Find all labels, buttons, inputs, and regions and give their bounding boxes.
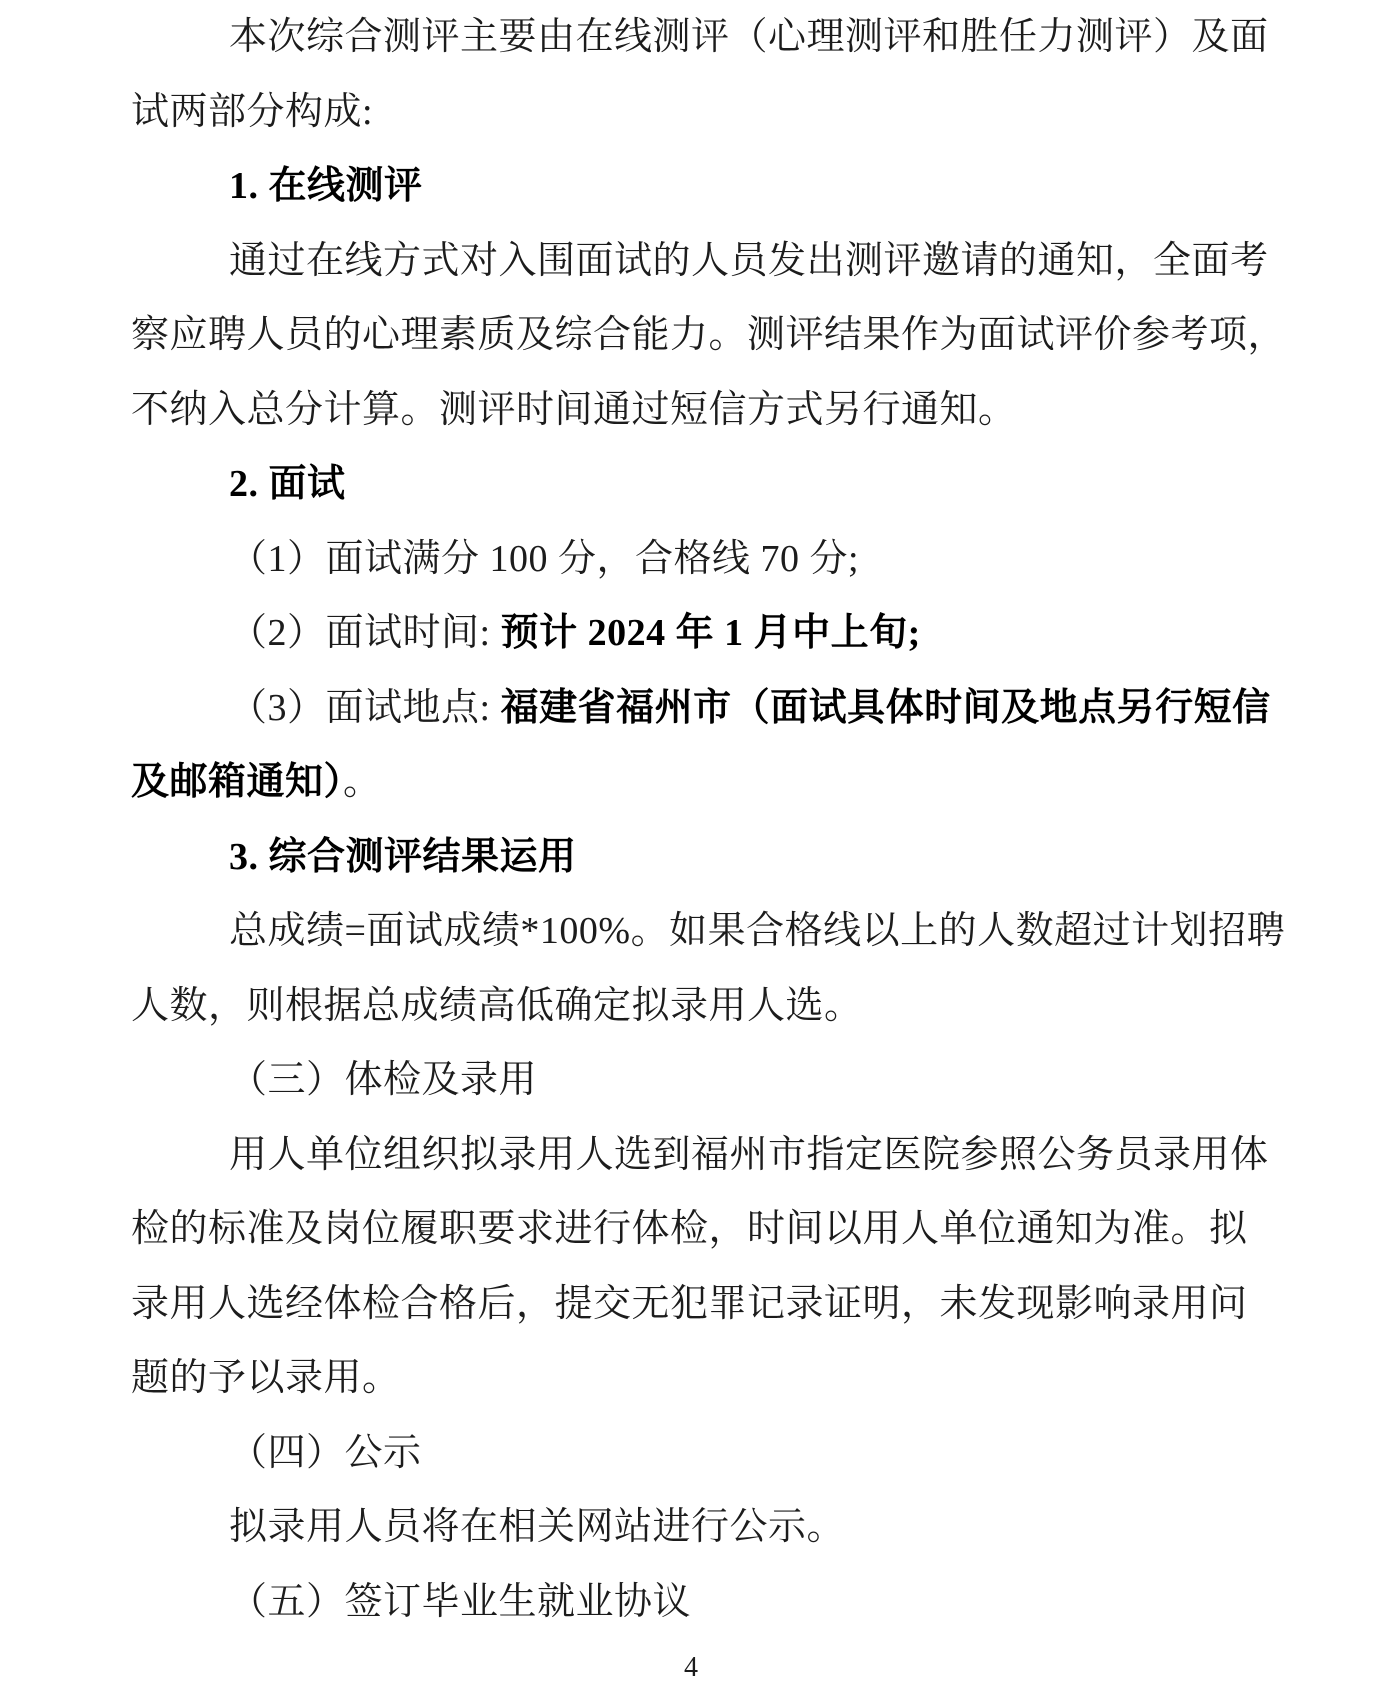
document-line: 题的予以录用。 [131, 1341, 1271, 1416]
text-segment: 总成绩=面试成绩*100%。如果合格线以上的人数超过计划招聘 [229, 910, 1285, 952]
text-segment: 检的标准及岗位履职要求进行体检，时间以用人单位通知为准。拟 [131, 1208, 1248, 1250]
text-segment: 试两部分构成: [131, 91, 373, 133]
text-segment: （3）面试地点: [229, 687, 501, 729]
bold-text-segment: 3. 综合测评结果运用 [229, 836, 577, 878]
text-segment: （五）签订毕业生就业协议 [229, 1581, 691, 1623]
document-line: 试两部分构成: [131, 75, 1271, 150]
document-body: 本次综合测评主要由在线测评（心理测评和胜任力测评）及面试两部分构成:1. 在线测… [131, 0, 1271, 1639]
bold-text-segment: 1. 在线测评 [229, 165, 423, 207]
document-line: 3. 综合测评结果运用 [131, 820, 1271, 895]
document-line: 不纳入总分计算。测评时间通过短信方式另行通知。 [131, 373, 1271, 448]
bold-text-segment: 及邮箱通知） [131, 761, 343, 803]
text-segment: 本次综合测评主要由在线测评（心理测评和胜任力测评）及面 [229, 16, 1269, 58]
text-segment: 题的予以录用。 [131, 1357, 401, 1399]
document-line: （1）面试满分 100 分，合格线 70 分; [131, 522, 1271, 597]
document-line: （四）公示 [131, 1416, 1271, 1491]
document-line: 1. 在线测评 [131, 149, 1271, 224]
document-page: 本次综合测评主要由在线测评（心理测评和胜任力测评）及面试两部分构成:1. 在线测… [0, 0, 1382, 1699]
document-line: 检的标准及岗位履职要求进行体检，时间以用人单位通知为准。拟 [131, 1192, 1271, 1267]
document-line: （三）体检及录用 [131, 1043, 1271, 1118]
text-segment: 人数，则根据总成绩高低确定拟录用人选。 [131, 985, 863, 1027]
text-segment: 察应聘人员的心理素质及综合能力。测评结果作为面试评价参考项， [131, 314, 1286, 356]
text-segment: （2）面试时间: [229, 612, 501, 654]
document-line: 总成绩=面试成绩*100%。如果合格线以上的人数超过计划招聘 [131, 894, 1271, 969]
document-line: 录用人选经体检合格后，提交无犯罪记录证明，未发现影响录用问 [131, 1267, 1271, 1342]
text-segment: 录用人选经体检合格后，提交无犯罪记录证明，未发现影响录用问 [131, 1283, 1248, 1325]
document-line: （2）面试时间: 预计 2024 年 1 月中上旬; [131, 596, 1271, 671]
text-segment: 用人单位组织拟录用人选到福州市指定医院参照公务员录用体 [229, 1134, 1269, 1176]
text-segment: （四）公示 [229, 1432, 422, 1474]
document-line: 2. 面试 [131, 447, 1271, 522]
document-line: 用人单位组织拟录用人选到福州市指定医院参照公务员录用体 [131, 1118, 1271, 1193]
text-segment: 。 [343, 761, 382, 803]
bold-text-segment: 预计 2024 年 1 月中上旬; [501, 612, 921, 654]
document-line: 察应聘人员的心理素质及综合能力。测评结果作为面试评价参考项， [131, 298, 1271, 373]
document-line: （3）面试地点: 福建省福州市（面试具体时间及地点另行短信 [131, 671, 1271, 746]
document-line: 本次综合测评主要由在线测评（心理测评和胜任力测评）及面 [131, 0, 1271, 75]
text-segment: 拟录用人员将在相关网站进行公示。 [229, 1506, 845, 1548]
document-line: （五）签订毕业生就业协议 [131, 1565, 1271, 1640]
document-line: 人数，则根据总成绩高低确定拟录用人选。 [131, 969, 1271, 1044]
bold-text-segment: 福建省福州市（面试具体时间及地点另行短信 [501, 687, 1271, 729]
document-line: 通过在线方式对入围面试的人员发出测评邀请的通知，全面考 [131, 224, 1271, 299]
text-segment: 不纳入总分计算。测评时间通过短信方式另行通知。 [131, 389, 1017, 431]
text-segment: 通过在线方式对入围面试的人员发出测评邀请的通知，全面考 [229, 240, 1269, 282]
document-line: 及邮箱通知）。 [131, 745, 1271, 820]
bold-text-segment: 2. 面试 [229, 463, 346, 505]
page-number: 4 [0, 1648, 1382, 1688]
text-segment: （三）体检及录用 [229, 1059, 537, 1101]
text-segment: （1）面试满分 100 分，合格线 70 分; [229, 538, 859, 580]
document-line: 拟录用人员将在相关网站进行公示。 [131, 1490, 1271, 1565]
